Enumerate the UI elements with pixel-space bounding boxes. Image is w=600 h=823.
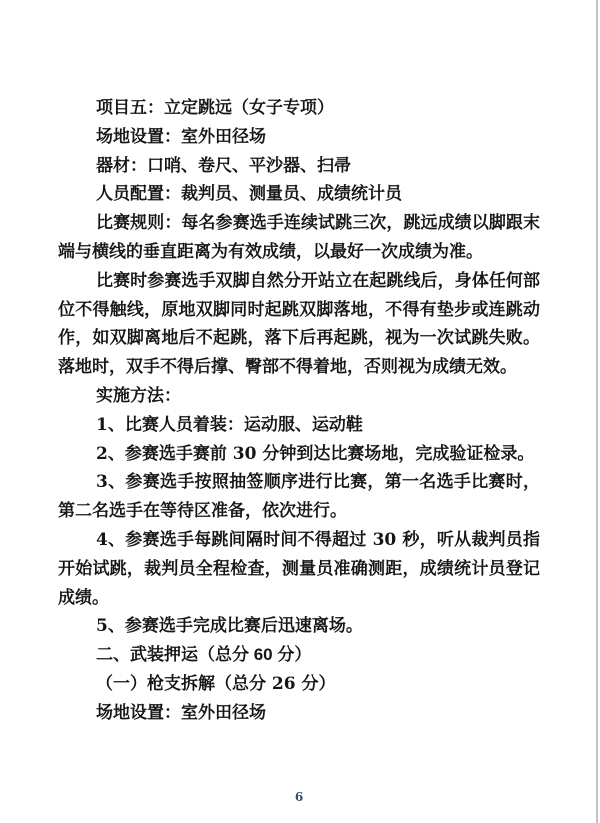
document-line: 比赛规则：每名参赛选手连续试跳三次，跳远成绩以脚跟末 (58, 209, 540, 238)
document-line: 实施方法： (58, 382, 540, 411)
document-line: 落地时，双手不得后撑、臀部不得着地，否则视为成绩无效。 (58, 353, 540, 382)
document-line: 器材：口哨、卷尺、平沙器、扫帚 (58, 152, 540, 181)
document-line: （一）枪支拆解（总分 26 分） (58, 670, 540, 699)
document-line: 作，如双脚离地后不起跳，落下后再起跳，视为一次试跳失败。 (58, 324, 540, 353)
document-body: 项目五：立定跳远（女子专项）场地设置：室外田径场器材：口哨、卷尺、平沙器、扫帚人… (58, 94, 540, 728)
document-line: 4、参赛选手每跳间隔时间不得超过 30 秒，听从裁判员指令 (58, 526, 540, 555)
document-line: 人员配置：裁判员、测量员、成绩统计员 (58, 180, 540, 209)
document-line: 场地设置：室外田径场 (58, 699, 540, 728)
document-line: 成绩。 (58, 584, 540, 613)
document-line: 位不得触线，原地双脚同时起跳双脚落地，不得有垫步或连跳动 (58, 296, 540, 325)
document-line: 比赛时参赛选手双脚自然分开站立在起跳线后，身体任何部 (58, 267, 540, 296)
scan-right-edge-line (596, 0, 598, 823)
document-line: 2、参赛选手赛前 30 分钟到达比赛场地，完成验证检录。 (58, 440, 540, 469)
document-line: 5、参赛选手完成比赛后迅速离场。 (58, 612, 540, 641)
document-line: 开始试跳，裁判员全程检查，测量员准确测距，成绩统计员登记 (58, 555, 540, 584)
document-line: 第二名选手在等待区准备，依次进行。 (58, 497, 540, 526)
document-line: 端与横线的垂直距离为有效成绩，以最好一次成绩为准。 (58, 238, 540, 267)
document-line: 场地设置：室外田径场 (58, 123, 540, 152)
page-number: 6 (295, 790, 303, 804)
document-line: 项目五：立定跳远（女子专项） (58, 94, 540, 123)
page-footer: 6 (0, 786, 598, 805)
document-page: 项目五：立定跳远（女子专项）场地设置：室外田径场器材：口哨、卷尺、平沙器、扫帚人… (0, 0, 600, 823)
document-line: 1、比赛人员着装：运动服、运动鞋 (58, 411, 540, 440)
document-line: 3、参赛选手按照抽签顺序进行比赛，第一名选手比赛时， (58, 468, 540, 497)
document-line: 二、武装押运（总分 60 分） (58, 641, 540, 670)
